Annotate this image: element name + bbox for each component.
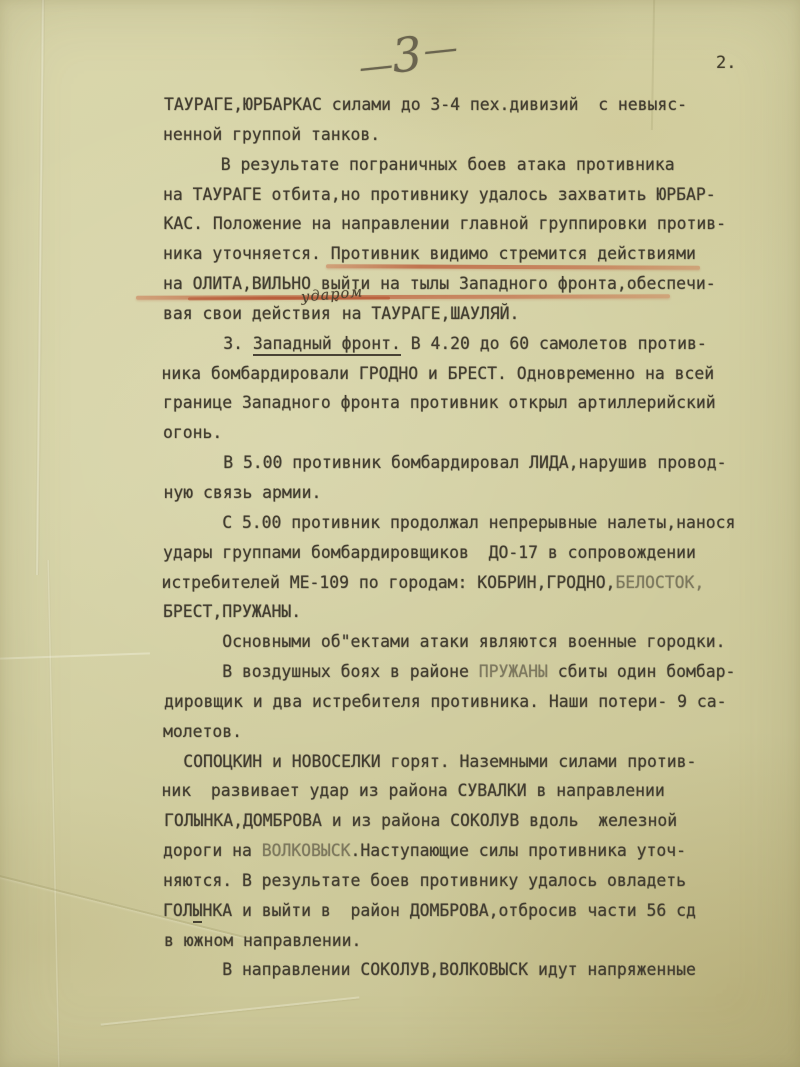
text-line: няются. В результате боев противнику уда… [163, 866, 763, 896]
paper-crease [35, 0, 45, 575]
text-segment: вая свои действия [163, 304, 331, 323]
text-segment: дировщик и два истребителя противника. Н… [164, 692, 726, 711]
text-line: ник развивает удар из района СУВАЛКИ в н… [162, 776, 762, 806]
text-line: вая свои действияˇна ТАУРАГЕ,ШАУЛЯЙ. [163, 299, 763, 329]
text-segment: В 5.00 противник бомбардировал ЛИДА,нару… [164, 453, 726, 472]
paper-crease [47, 560, 61, 1067]
text-segment: 3. [164, 334, 253, 353]
text-line: Основными об"ектами атаки являются военн… [163, 627, 763, 657]
text-line: молетов. [163, 717, 763, 747]
text-segment: Основными об"ектами атаки являются военн… [163, 632, 725, 651]
text-segment: ненной группой танков. [163, 125, 380, 144]
text-segment: ник развивает удар из района СУВАЛКИ в н… [162, 781, 665, 800]
text-segment: БРЕСТ,ПРУЖАНЫ. [163, 602, 301, 621]
text-segment: ГОЛ [163, 901, 193, 920]
text-segment: истребителей МЕ-109 по городам: КОБРИН,Г… [162, 573, 616, 592]
text-segment: дороги на [163, 841, 262, 860]
text-line: 3. Западный фронт. В 4.20 до 60 самолето… [164, 329, 764, 359]
typed-page-number: 2. [716, 53, 736, 73]
text-segment: молетов. [163, 722, 242, 741]
text-line: В 5.00 противник бомбардировал ЛИДА,нару… [164, 448, 764, 478]
text-segment: в южном направлении. [164, 931, 361, 950]
text-line: С 5.00 противник продолжал непрерывные н… [163, 508, 763, 538]
text-segment: .Наступающие силы противника уточ- [351, 841, 687, 860]
text-segment: на ОЛИТА,ВИЛЬНО выйти на тылы Западного … [163, 274, 627, 293]
text-segment: С 5.00 противник продолжал непрерывные н… [163, 513, 735, 532]
text-line: В воздушных боях в районе ПРУЖАНЫ сбиты … [163, 657, 763, 687]
document-page: —3— 2. ТАУРАГЕ,ЮРБАРКАС силами до 3-4 пе… [0, 0, 800, 1067]
text-segment: БЕЛОСТОК, [615, 573, 704, 592]
text-segment: НКА и выйти в район ДОМБРОВА,отбросив ча… [202, 901, 695, 920]
text-line: БРЕСТ,ПРУЖАНЫ. [163, 597, 763, 627]
text-segment: сбиты один бомбар- [548, 662, 736, 681]
text-segment: ника уточняется. [163, 244, 331, 263]
text-segment: на ТАУРАГЕ,ШАУЛЯЙ. [342, 304, 520, 323]
paper-crease [0, 652, 150, 659]
text-segment: удары группами бомбардировщиков ДО-17 в … [163, 543, 696, 562]
underlined-text: Ы [193, 901, 203, 923]
text-line: В результате пограничных боев атака прот… [162, 150, 762, 180]
text-line: ненной группой танков. [163, 120, 763, 150]
text-segment: В 4.20 до 60 самолетов против- [401, 334, 707, 353]
text-line: на ТАУРАГЕ отбита,но противнику удалось … [163, 180, 763, 210]
text-line: КАС. Положение на направлении главной гр… [164, 209, 764, 239]
text-segment: ника бомбардировали ГРОДНО и БРЕСТ. Одно… [162, 364, 715, 383]
text-line: СОПОЦКИН и НОВОСЕЛКИ горят. Наземными си… [164, 747, 764, 777]
text-segment: В воздушных боях в районе [163, 662, 479, 681]
text-line: дировщик и два истребителя противника. Н… [164, 687, 764, 717]
handwritten-dash: — [421, 28, 457, 71]
text-segment: ВОЛКОВЫСК [262, 841, 351, 860]
text-line: ГОЛЫНКА и выйти в район ДОМБРОВА,отброси… [163, 896, 763, 926]
text-segment: обеспечи- [627, 274, 716, 293]
text-segment: КАС. Положение на направлении главной гр… [164, 214, 726, 233]
text-line: В направлении СОКОЛУВ,ВОЛКОВЫСК идут нап… [163, 955, 763, 985]
text-line: ГОЛЫНКА,ДОМБРОВА и из района СОКОЛУВ вдо… [164, 806, 764, 836]
text-line: в южном направлении. [164, 926, 764, 956]
underlined-text: Западный фронт. [253, 334, 401, 356]
text-segment: СОПОЦКИН и НОВОСЕЛКИ горят. Наземными си… [164, 752, 697, 771]
text-line: ТАУРАГЕ,ЮРБАРКАС силами до 3-4 пех.дивиз… [164, 90, 764, 120]
text-segment: В направлении СОКОЛУВ,ВОЛКОВЫСК идут нап… [163, 960, 696, 979]
text-line: ную связь армии. [164, 478, 764, 508]
handwritten-dash: — [357, 45, 393, 88]
text-line: огонь. [163, 418, 763, 448]
typewritten-text: ТАУРАГЕ,ЮРБАРКАС силами до 3-4 пех.дивиз… [163, 90, 763, 985]
text-segment: ТАУРАГЕ,ЮРБАРКАС силами до 3-4 пех.дивиз… [164, 95, 687, 114]
handwritten-digit: 3 [389, 27, 424, 85]
handwritten-page-number: —3— [355, 23, 458, 88]
text-segment: ГОЛЫНКА,ДОМБРОВА и из района СОКОЛУВ вдо… [164, 811, 677, 830]
text-segment: на ТАУРАГЕ отбита,но противнику удалось … [163, 185, 716, 204]
text-line: ника уточняется. Противник видимо стреми… [163, 239, 763, 269]
paper-crease [101, 996, 360, 1025]
text-line: границе Западного фронта противник откры… [163, 388, 763, 418]
text-segment: няются. В результате боев противнику уда… [163, 871, 686, 890]
text-segment: ПРУЖАНЫ [479, 662, 548, 681]
text-segment: границе Западного фронта противник откры… [163, 393, 716, 412]
text-line: дороги на ВОЛКОВЫСК.Наступающие силы про… [163, 836, 763, 866]
text-segment: В результате пограничных боев атака прот… [162, 155, 675, 174]
text-line: истребителей МЕ-109 по городам: КОБРИН,Г… [162, 568, 762, 598]
text-line: ника бомбардировали ГРОДНО и БРЕСТ. Одно… [162, 359, 762, 389]
text-segment: огонь. [163, 423, 222, 442]
text-segment: ную связь армии. [164, 483, 322, 502]
text-segment: Противник видимо стремится действиями [331, 244, 696, 263]
text-line: на ОЛИТА,ВИЛЬНО выйти на тылы Западного … [163, 269, 763, 299]
text-line: удары группами бомбардировщиков ДО-17 в … [163, 538, 763, 568]
